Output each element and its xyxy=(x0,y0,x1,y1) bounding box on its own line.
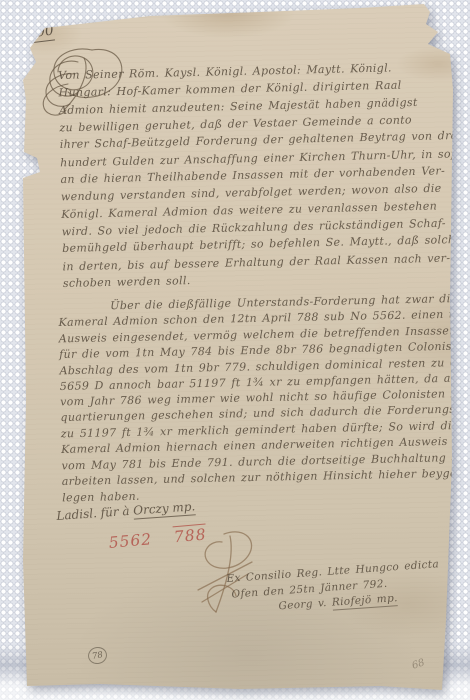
registry-number-red-first: 5562 xyxy=(108,530,153,552)
signature-orczy-prefix: Ladisl. für à xyxy=(56,504,134,523)
page-number-stamp: 78 xyxy=(87,645,109,665)
signature-riofejo-prefix: Georg v. xyxy=(278,597,332,613)
body-paragraph-1: Von Seiner Röm. Kaysl. Königl. Apostol: … xyxy=(58,58,470,293)
signature-riofejo-name: Riofejö mp. xyxy=(331,592,398,611)
body-paragraph-2: Über die dießfällige Unterstands-Forderu… xyxy=(58,290,470,506)
photo-background: { "page": { "archive_number": "890", "st… xyxy=(0,0,470,700)
corner-pencil-mark: 68 xyxy=(411,657,427,671)
document-photo: 890 Von Seiner Röm. Kaysl. Königl. Apost… xyxy=(0,0,470,700)
page-number-stamp-value: 78 xyxy=(91,650,103,662)
document-paper: 890 Von Seiner Röm. Kaysl. Königl. Apost… xyxy=(18,4,460,694)
signature-orczy-name: Orczy mp. xyxy=(133,499,196,519)
